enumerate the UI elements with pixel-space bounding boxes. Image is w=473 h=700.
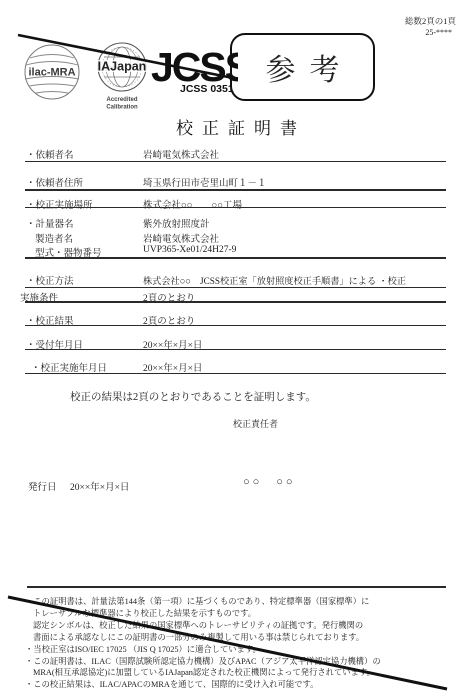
field-label: 製造者名 <box>35 231 73 245</box>
signer-name: ○○ ○○ <box>243 473 296 489</box>
issue-date-value: 20××年×月×日 <box>70 479 129 493</box>
field-underline <box>25 207 446 208</box>
footnotes-block: ・この証明書は、計量法第144条（第一項）に基づくものであり、特定標準器（国家標… <box>25 596 455 691</box>
signer-title: 校正責任者 <box>233 417 278 430</box>
footnote-line: ・当校正室はISO/IEC 17025 （JIS Q 17025）に適合していま… <box>25 644 455 656</box>
field-label: ・校正方法 <box>26 273 74 287</box>
field-label: ・依頼者名 <box>26 147 74 161</box>
ilac-mra-text: ilac-MRA <box>28 67 75 79</box>
field-underline <box>25 257 446 259</box>
iajapan-text: IAJapan <box>98 60 147 74</box>
footnote-line: MRA(相互承認協定)に加盟しているIAJapan認定された校正機関によって発行… <box>25 667 455 679</box>
field-label: ・校正実施年月日 <box>31 360 107 374</box>
field-label: ・依頼者住所 <box>26 175 83 189</box>
field-underline <box>25 373 446 374</box>
footnote-separator <box>27 586 446 588</box>
jcss-number-text: JCSS 0351 <box>180 83 234 95</box>
page-count-label: 総数2頁の1頁 <box>405 15 456 27</box>
reference-stamp: 参考 <box>230 33 375 101</box>
certificate-number: 25-**** <box>425 28 452 37</box>
iajapan-logo: IAJapan Accredited Calibration <box>97 43 147 111</box>
field-value: UVP365-Xe01/24H27-9 <box>143 245 236 255</box>
field-value: 20××年×月×日 <box>143 360 202 374</box>
field-label: ・校正実施場所 <box>26 197 93 211</box>
field-underline <box>25 349 446 350</box>
field-underline <box>25 325 446 326</box>
iajapan-caption-2: Calibration <box>106 105 138 111</box>
issue-date-label: 発行日 <box>28 479 57 493</box>
footnote-line: 書面による承認なしにこの証明書の一部分のみ複製して用いる事は禁じられております。 <box>25 632 455 644</box>
certification-statement: 校正の結果は2頁のとおりであることを証明します。 <box>70 389 316 404</box>
iajapan-caption-1: Accredited <box>106 97 137 103</box>
accreditation-logos: ilac-MRA IAJapan Accredited Calibration … <box>20 30 238 114</box>
footnote-line: 認定シンボルは、校正した結果の国家標準へのトレーサビリティの証拠です。発行機関の <box>25 620 455 632</box>
field-label: ・計量器名 <box>26 216 74 230</box>
field-underline <box>25 161 446 162</box>
field-value: 株式会社○○ ○○工場 <box>143 197 242 211</box>
field-value: 埼玉県行田市壱里山町１－１ <box>143 175 267 189</box>
field-underline <box>25 189 446 191</box>
footnote-line: トレーサブルな標準器により校正した結果を示すものです。 <box>25 608 455 620</box>
field-value: 岩崎電気株式会社 <box>143 147 219 161</box>
field-underline <box>25 301 446 303</box>
footnote-line: ・この証明書は、ILAC（国際試験所認定協力機構）及びAPAC（アジア太平洋認定… <box>25 656 455 668</box>
field-value: 岩崎電気株式会社 <box>143 231 219 245</box>
jcss-logo: JCSS JCSS 0351 <box>151 44 238 95</box>
field-value: 紫外放射照度計 <box>143 216 210 230</box>
footnote-line: ・この校正結果は、ILAC/APACのMRAを通じて、国際的に受け入れ可能です。 <box>25 679 455 691</box>
field-value: 株式会社○○ JCSS校正室「放射照度校正手順書」による ・校正 <box>143 273 406 287</box>
footnote-line: ・この証明書は、計量法第144条（第一項）に基づくものであり、特定標準器（国家標… <box>25 596 455 608</box>
document-title: 校正証明書 <box>0 114 473 139</box>
calibration-certificate-page: 総数2頁の1頁 25-**** ilac-MRA IAJapan Accredi… <box>0 0 473 700</box>
ilac-mra-logo: ilac-MRA <box>25 45 79 99</box>
field-underline <box>25 287 446 288</box>
